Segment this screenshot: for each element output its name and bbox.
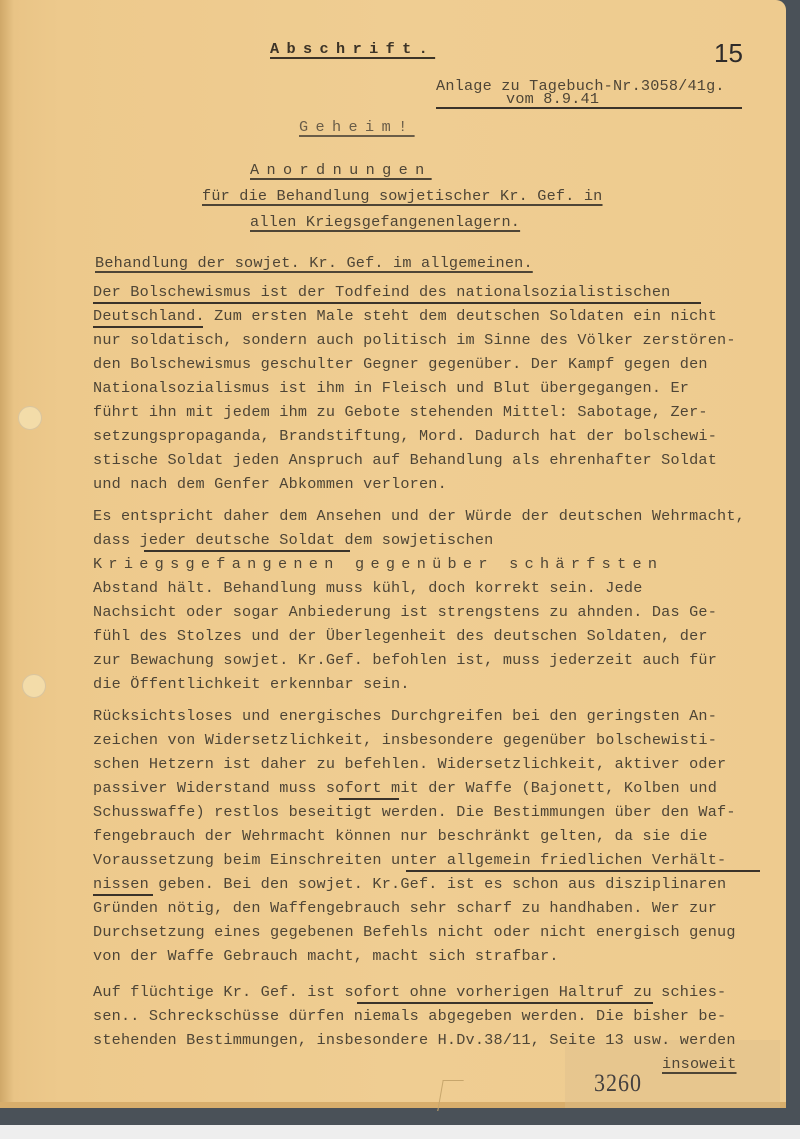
paragraph-1-line-2: Deutschland. Zum ersten Male steht dem d… [93,309,717,324]
paragraph-2-line-5: Nachsicht oder sogar Anbiederung ist str… [93,605,717,620]
paragraph-1-line-7: setzungspropaganda, Brandstiftung, Mord.… [93,429,717,444]
paragraph-4-line-2: sen.. Schreckschüsse dürfen niemals abge… [93,1009,726,1024]
title-line-2: für die Behandlung sowjetischer Kr. Gef.… [202,189,603,204]
paragraph-3-line-6: fengebrauch der Wehrmacht können nur bes… [93,829,708,844]
title-line-3: allen Kriegsgefangenenlagern. [250,215,520,230]
section-heading: Behandlung der sowjet. Kr. Gef. im allge… [95,256,533,271]
reference-line-2: vom 8.9.41 [506,92,599,107]
paragraph-1-underline-1 [93,302,701,304]
document-heading: Abschrift. [270,42,435,57]
paragraph-2-line-6: fühl des Stolzes und der Überlegenheit d… [93,629,708,644]
paragraph-1-line-5: Nationalsozialismus ist ihm in Fleisch u… [93,381,689,396]
paragraph-4-line-3: stehenden Bestimmungen, insbesondere H.D… [93,1033,736,1048]
page-number: 15 [714,38,743,69]
paragraph-2-line-2: dass jeder deutsche Soldat dem sowjetisc… [93,533,494,548]
paragraph-3-line-1: Rücksichtsloses und energisches Durchgre… [93,709,717,724]
paragraph-3-underline-sofort [339,798,399,800]
paper-tear [437,1080,463,1111]
paragraph-3-line-3: schen Hetzern ist daher zu befehlen. Wid… [93,757,726,772]
paragraph-1-line-4: den Bolschewismus geschulter Gegner gege… [93,357,708,372]
paragraph-3-line-11: von der Waffe Gebrauch macht, macht sich… [93,949,559,964]
punch-hole-lower [22,674,46,698]
punch-hole-upper [18,406,42,430]
continuation-word: insoweit [662,1057,737,1072]
title-line-1: Anordnungen [250,163,432,178]
paragraph-2-line-8: die Öffentlichkeit erkennbar sein. [93,677,410,692]
paragraph-3-line-5: Schusswaffe) restlos beseitigt werden. D… [93,805,736,820]
paragraph-1-line-6: führt ihn mit jedem ihm zu Gebote stehen… [93,405,708,420]
paragraph-3-line-2: zeichen von Widersetzlichkeit, insbesond… [93,733,717,748]
document-page: 15 Abschrift. Anlage zu Tagebuch-Nr.3058… [0,0,786,1108]
reference-underline [436,107,742,109]
paragraph-3-line-4: passiver Widerstand muss sofort mit der … [93,781,717,796]
paragraph-3-line-9: Gründen nötig, den Waffengebrauch sehr s… [93,901,717,916]
paragraph-2-line-3: Kriegsgefangenen gegenüber schärfsten [93,557,663,572]
paragraph-2-underline [144,550,350,552]
paragraph-3-line-10: Durchsetzung eines gegebenen Befehls nic… [93,925,736,940]
paragraph-2-line-4: Abstand hält. Behandlung muss kühl, doch… [93,581,643,596]
paragraph-1-line-1: Der Bolschewismus ist der Todfeind des n… [93,285,670,300]
paragraph-1-underline-2 [93,326,203,328]
paragraph-1-line-3: nur soldatisch, sondern auch politisch i… [93,333,736,348]
paragraph-3-line-8: nissen geben. Bei den sowjet. Kr.Gef. is… [93,877,726,892]
scan-border [0,1125,800,1139]
paragraph-4-line-1: Auf flüchtige Kr. Gef. ist sofort ohne v… [93,985,726,1000]
paragraph-3-underline-verhaeltnissen [406,870,760,872]
paragraph-2-line-7: zur Bewachung sowjet. Kr.Gef. befohlen i… [93,653,717,668]
paragraph-3-underline-nissen [93,894,153,896]
archive-stamp: 3260 [594,1068,642,1098]
paragraph-3-line-7: Voraussetzung beim Einschreiten unter al… [93,853,726,868]
classification-label: Geheim! [299,120,415,135]
paragraph-1-line-8: stische Soldat jeden Anspruch auf Behand… [93,453,717,468]
paragraph-1-line-9: und nach dem Genfer Abkommen verloren. [93,477,447,492]
paragraph-4-underline [357,1002,653,1004]
paragraph-2-line-1: Es entspricht daher dem Ansehen und der … [93,509,745,524]
